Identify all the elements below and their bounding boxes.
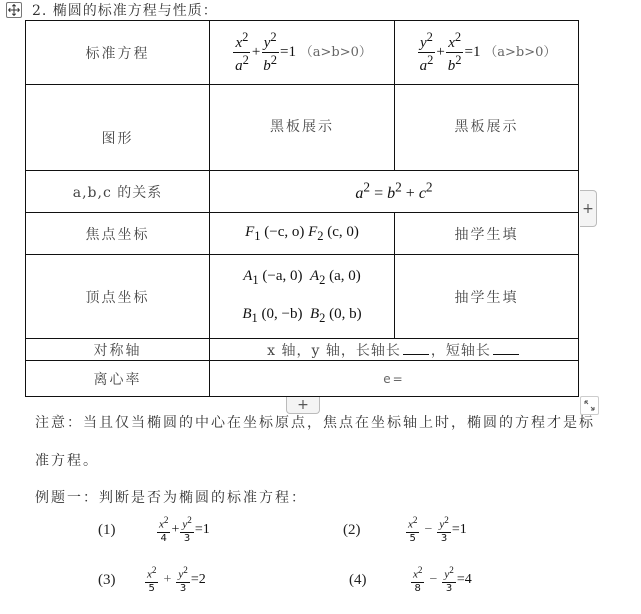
move-arrows-icon (8, 4, 20, 16)
row-label: 离心率 (26, 361, 210, 397)
note-line-1: 注意：当且仅当椭圆的中心在坐标原点，焦点在坐标轴上时，椭圆的方程才是标 (35, 412, 595, 432)
row-label: 对称轴 (26, 339, 210, 361)
example-title: 例题一：判断是否为椭圆的标准方程： (35, 487, 307, 507)
eccentricity-cell[interactable]: e= (210, 361, 579, 397)
add-column-button[interactable]: + (580, 190, 597, 227)
table-row: 标准方程 x2a2+y2b2=1 （a>b>0） y2a2+x2b2=1 （a>… (26, 21, 579, 85)
abc-relation-cell[interactable]: a2 = b2 + c2 (210, 171, 579, 213)
example-item-3-label: (3) (98, 572, 116, 589)
example-item-4-label: (4) (349, 572, 367, 589)
cell-graph-1[interactable]: 黑板展示 (210, 85, 395, 171)
focus-student-fill-cell[interactable]: 抽学生填 (395, 213, 579, 255)
plus-icon: + (582, 201, 594, 217)
row-label: 焦点坐标 (26, 213, 210, 255)
example-item-2-label: (2) (343, 522, 361, 539)
table-row: 对称轴 x 轴，y 轴，长轴长，短轴长 (26, 339, 579, 361)
section-heading: 2. 椭圆的标准方程与性质： (32, 0, 218, 20)
example-item-4-equation: x28−y23=4 (410, 566, 472, 594)
example-item-3-equation: x25+y23=2 (144, 566, 206, 594)
major-axis-blank[interactable] (403, 342, 429, 355)
symmetry-axis-cell[interactable]: x 轴，y 轴，长轴长，短轴长 (210, 339, 579, 361)
vertex-coordinates-cell[interactable]: A1 (−a, 0) A2 (a, 0) B1 (0, −b) B2 (0, b… (210, 255, 395, 339)
example-item-1-label: (1) (98, 522, 116, 539)
standard-equation-x-axis[interactable]: x2a2+y2b2=1 （a>b>0） (210, 21, 395, 85)
focus-coordinates-cell[interactable]: F1 (−c, o) F2 (c, 0) (210, 213, 395, 255)
minor-axis-blank[interactable] (493, 342, 519, 355)
table-row: 图形 黑板展示 黑板展示 (26, 85, 579, 171)
plus-icon: + (297, 397, 309, 413)
ellipse-properties-table: 标准方程 x2a2+y2b2=1 （a>b>0） y2a2+x2b2=1 （a>… (25, 20, 579, 397)
cell-graph-2[interactable]: 黑板展示 (395, 85, 579, 171)
vertex-student-fill-cell[interactable]: 抽学生填 (395, 255, 579, 339)
row-label: 图形 (26, 85, 210, 171)
row-label: 顶点坐标 (26, 255, 210, 339)
example-item-1-equation: x24+y23=1 (156, 516, 210, 544)
example-item-2-equation: x25−y23=1 (405, 516, 467, 544)
row-label: a,b,c 的关系 (26, 171, 210, 213)
table-move-handle[interactable] (6, 2, 22, 18)
table-row: a,b,c 的关系 a2 = b2 + c2 (26, 171, 579, 213)
table-row: 焦点坐标 F1 (−c, o) F2 (c, 0) 抽学生填 (26, 213, 579, 255)
table-row: 离心率 e= (26, 361, 579, 397)
standard-equation-y-axis[interactable]: y2a2+x2b2=1 （a>b>0） (395, 21, 579, 85)
row-label: 标准方程 (26, 21, 210, 85)
table-row: 顶点坐标 A1 (−a, 0) A2 (a, 0) B1 (0, −b) B2 … (26, 255, 579, 339)
note-line-2: 准方程。 (35, 450, 99, 470)
